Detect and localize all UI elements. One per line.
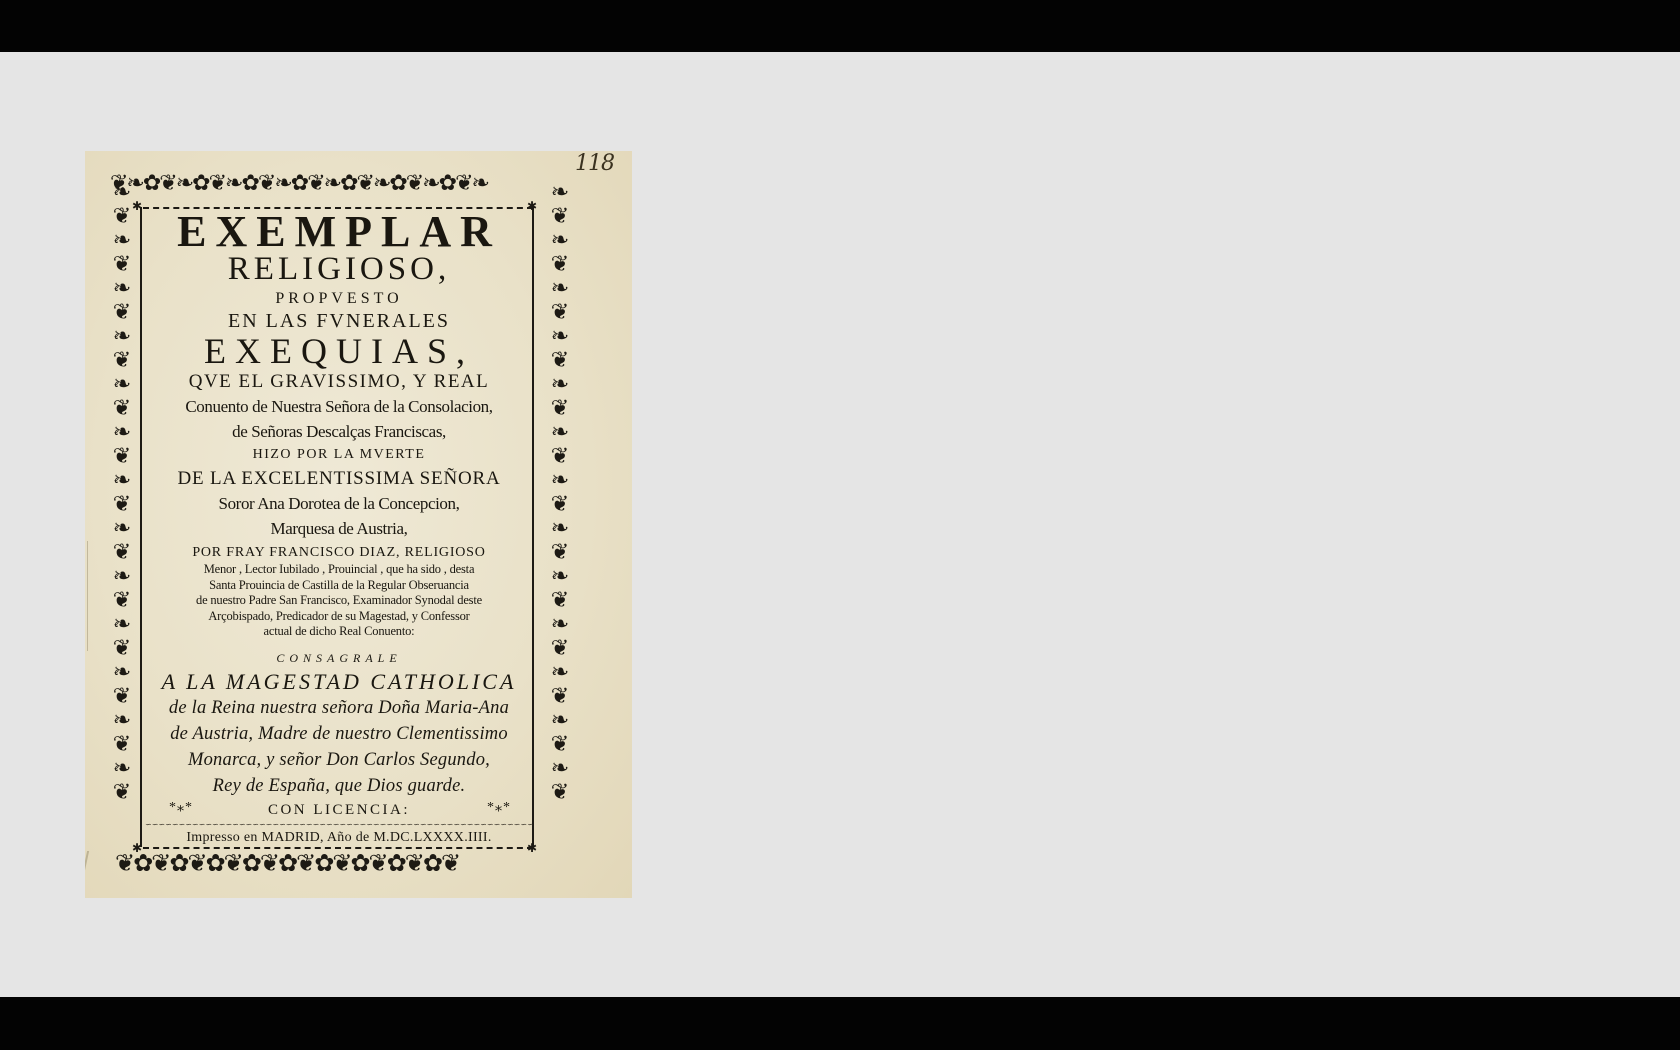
dedication-line: de Austria, Madre de nuestro Clementissi… xyxy=(145,721,533,747)
title-line: Marquesa de Austria, xyxy=(145,516,533,541)
title-line: Soror Ana Dorotea de la Concepcion, xyxy=(145,491,533,516)
title-page-text: EXEMPLAR RELIGIOSO, PROPVESTO EN LAS FVN… xyxy=(145,209,533,847)
title-line: Conuento de Nuestra Señora de la Consola… xyxy=(145,394,533,419)
title-line: QVE EL GRAVISSIMO, Y REAL xyxy=(145,370,533,394)
corner-star-icon: ✱ xyxy=(132,841,142,856)
viewer-top-bar xyxy=(0,0,1680,52)
viewer-bottom-bar xyxy=(0,997,1680,1050)
dedication-line: A LA MAGESTAD CATHOLICA xyxy=(145,668,533,695)
dedication-line: Monarca, y señor Don Carlos Segundo, xyxy=(145,747,533,773)
frame-rule-bottom xyxy=(143,847,533,849)
ornamental-border-right: ❧❦❧❦❧❦❧❦❧❦❧❦❧❦❧❦❧❦❧❦❧❦❧❦❧❦ xyxy=(545,181,575,856)
dedication-line: Rey de España, que Dios guarde. xyxy=(145,773,533,799)
dedication-line: CONSAGRALE xyxy=(145,648,533,668)
ornamental-border-bottom: ❦✿❦✿❦✿❦✿❦✿❦✿❦✿❦✿❦✿❦ xyxy=(115,851,615,881)
title-line: DE LA EXCELENTISSIMA SEÑORA xyxy=(145,466,533,491)
license-row: *⁎* CON LICENCIA: *⁎* xyxy=(145,799,533,821)
title-sub: RELIGIOSO, xyxy=(145,252,533,286)
flourish-divider: ∽∽∽∽∽∽∽∽∽∽∽∽∽∽∽∽∽∽∽∽∽∽∽∽∽∽∽∽∽∽∽∽∽∽∽∽∽∽∽∽… xyxy=(145,821,533,829)
margin-mark xyxy=(85,851,103,871)
ornamental-border-top: ❦❧✿❦❧✿❦❧✿❦❧✿❦❧✿❦❧✿❦❧✿❦❧ xyxy=(110,173,605,199)
title-line: EN LAS FVNERALES xyxy=(145,310,533,332)
asterism-icon: *⁎* xyxy=(487,799,511,816)
imprint-line: Impresso en MADRID, Año de M.DC.LXXXX.II… xyxy=(145,829,533,847)
ornamental-border-left: ❧❦❧❦❧❦❧❦❧❦❧❦❧❦❧❦❧❦❧❦❧❦❧❦❧❦ xyxy=(107,181,137,856)
author-line: de nuestro Padre San Francisco, Examinad… xyxy=(145,593,533,609)
author-line: Santa Prouincia de Castilla de la Regula… xyxy=(145,578,533,594)
title-line-large: EXEQUIAS, xyxy=(145,332,533,370)
license-text: CON LICENCIA: xyxy=(268,802,410,818)
margin-mark xyxy=(87,541,96,651)
author-line: POR FRAY FRANCISCO DIAZ, RELIGIOSO xyxy=(145,544,533,562)
author-line: actual de dicho Real Conuento: xyxy=(145,624,533,640)
dedication-line: de la Reina nuestra señora Doña Maria-An… xyxy=(145,695,533,721)
author-line: Arçobispado, Predicador de su Magestad, … xyxy=(145,609,533,625)
corner-star-icon: ✱ xyxy=(132,199,142,214)
title-main: EXEMPLAR xyxy=(145,212,533,252)
author-line: Menor , Lector Iubilado , Prouincial , q… xyxy=(145,562,533,578)
document-page: 118 ❦❧✿❦❧✿❦❧✿❦❧✿❦❧✿❦❧✿❦❧✿❦❧ ❧❦❧❦❧❦❧❦❧❦❧❦… xyxy=(85,151,632,898)
title-line: HIZO POR LA MVERTE xyxy=(145,444,533,466)
title-line: PROPVESTO xyxy=(145,288,533,310)
title-line: de Señoras Descalças Franciscas, xyxy=(145,419,533,444)
asterism-icon: *⁎* xyxy=(169,799,193,816)
